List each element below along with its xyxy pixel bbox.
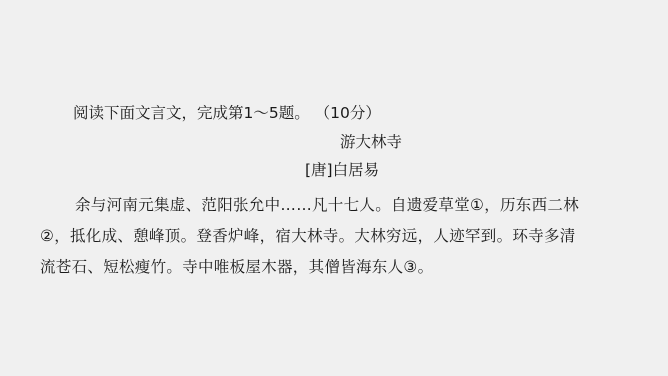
passage-title: 游大林寺 — [340, 132, 402, 152]
question-instruction: 阅读下面文言文，完成第1～5题。 （10分） — [73, 103, 381, 123]
passage-line-2: ②，抵化成、憩峰顶。登香炉峰，宿大林寺。大林穷远，人迹罕到。环寺多清 — [40, 226, 576, 246]
passage-author: [唐]白居易 — [305, 160, 379, 180]
passage-line-3: 流苍石、短松瘦竹。寺中唯板屋木器，其僧皆海东人③。 — [40, 257, 433, 277]
passage-line-1: 余与河南元集虚、范阳张允中……凡十七人。自遗爱草堂①，历东西二林 — [75, 195, 579, 215]
